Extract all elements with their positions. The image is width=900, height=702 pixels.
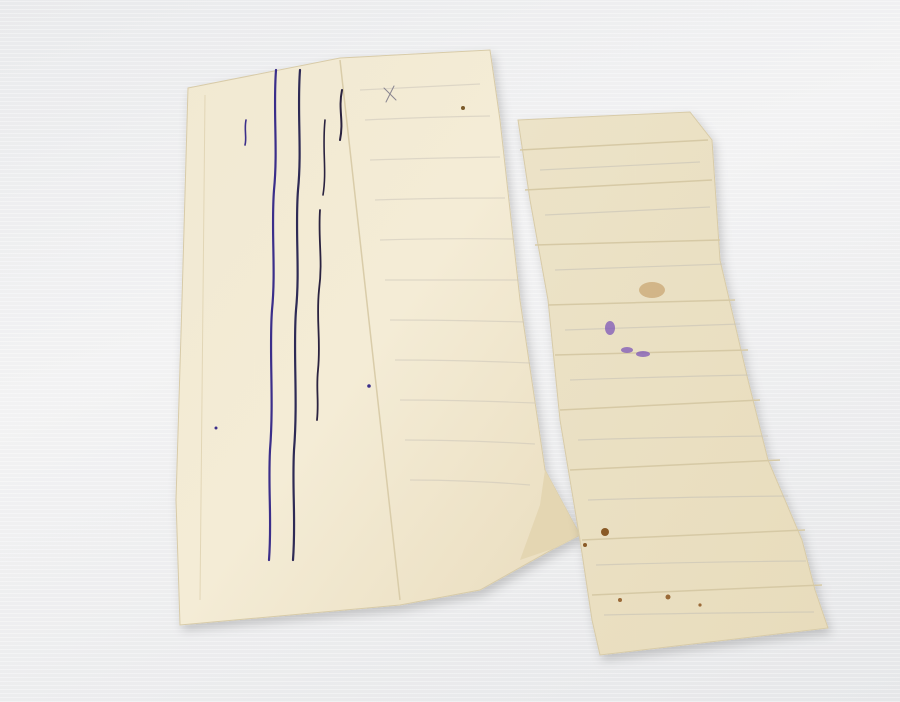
brown-stain	[639, 282, 665, 298]
right-document	[518, 112, 828, 655]
documents-illustration	[0, 0, 900, 702]
left-document	[176, 50, 580, 625]
